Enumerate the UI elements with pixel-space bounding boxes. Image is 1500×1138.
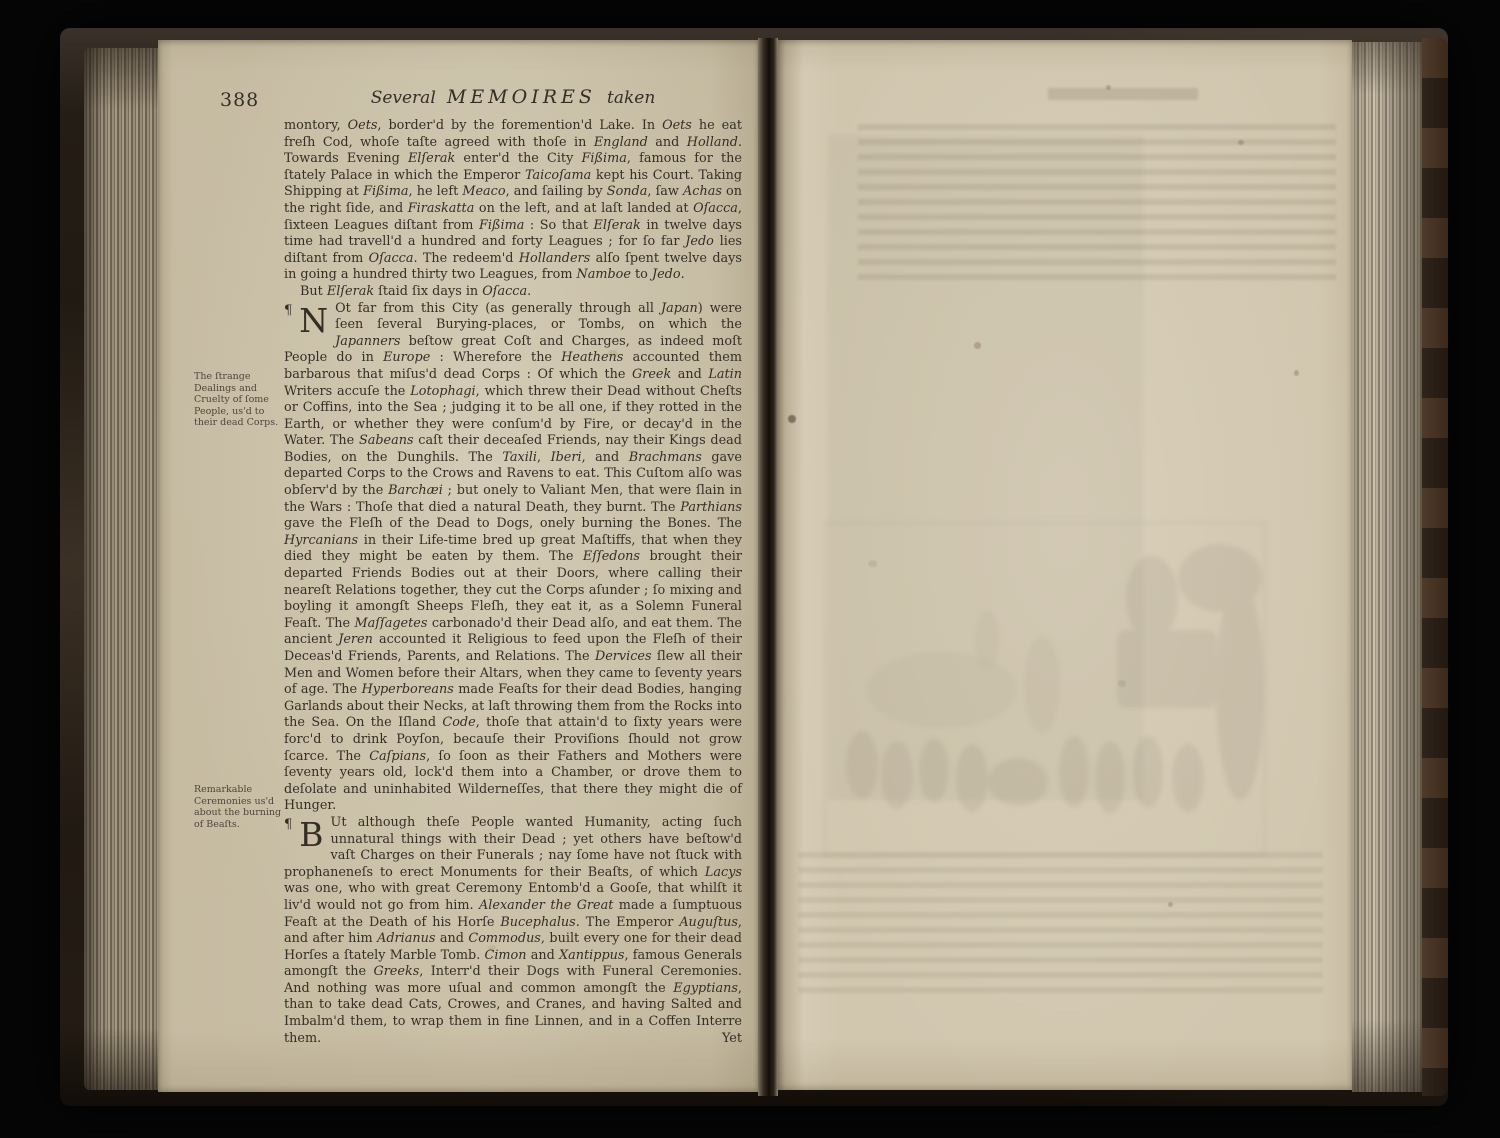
paragraph-burying-places: ¶NOt far from this City (as generally th… xyxy=(284,301,742,815)
running-head-title: MEMOIRES xyxy=(447,86,596,108)
paragraph-elserak-stay: But Elſerak ſtaid ſix days in Oſacca. xyxy=(284,284,742,301)
paragraph-journey: montory, Oets, border'd by the forementi… xyxy=(284,118,742,284)
drop-cap-b: ¶B xyxy=(284,817,324,852)
left-page: 388 Several MEMOIRES taken The ſtrange D… xyxy=(158,40,758,1092)
photo-background: 388 Several MEMOIRES taken The ſtrange D… xyxy=(0,0,1500,1138)
showthrough-text-bottom xyxy=(798,852,1323,1000)
margin-note-remarkable-ceremonies: Remarkable Ceremonies us'd about the bur… xyxy=(194,784,286,830)
right-page-edges xyxy=(1352,42,1422,1092)
catchword: Yet xyxy=(722,1031,742,1048)
foxing-spot xyxy=(868,560,877,567)
book: 388 Several MEMOIRES taken The ſtrange D… xyxy=(60,28,1448,1106)
page-number: 388 xyxy=(220,89,259,111)
foxing-spot xyxy=(1106,85,1111,90)
margin-note-strange-dealings: The ſtrange Dealings and Cruelty of ſome… xyxy=(194,371,286,429)
pilcrow-icon: ¶ xyxy=(284,303,292,318)
running-head: Several MEMOIRES taken xyxy=(284,86,742,108)
foxing-spot xyxy=(608,350,618,358)
running-head-tail: taken xyxy=(607,88,655,108)
foxing-spot xyxy=(1168,902,1173,907)
foxing-spot xyxy=(974,342,981,349)
foxing-spot xyxy=(488,945,496,951)
paragraph-beast-funerals: ¶BUt although theſe People wanted Humani… xyxy=(284,815,742,1047)
foxing-spot xyxy=(318,670,325,677)
drop-cap-n: ¶N xyxy=(284,303,328,338)
foxing-spot xyxy=(1118,680,1126,687)
showthrough-running-head xyxy=(1048,88,1198,100)
pilcrow-icon: ¶ xyxy=(284,817,292,832)
foxing-spot xyxy=(1238,140,1244,145)
book-gutter xyxy=(758,38,778,1096)
body-text: montory, Oets, border'd by the forementi… xyxy=(284,118,742,1047)
right-cover-edge xyxy=(1422,38,1448,1096)
paragraph-text: Ot far from this City (as generally thro… xyxy=(284,301,742,814)
right-page xyxy=(778,40,1352,1090)
left-page-edges xyxy=(84,48,158,1090)
foxing-spot xyxy=(788,415,796,423)
foxing-spot xyxy=(1294,370,1299,376)
paragraph-text: Ut although theſe People wanted Humanity… xyxy=(284,815,742,1046)
running-head-lead: Several xyxy=(371,88,436,108)
engraving-showthrough xyxy=(822,520,1268,858)
